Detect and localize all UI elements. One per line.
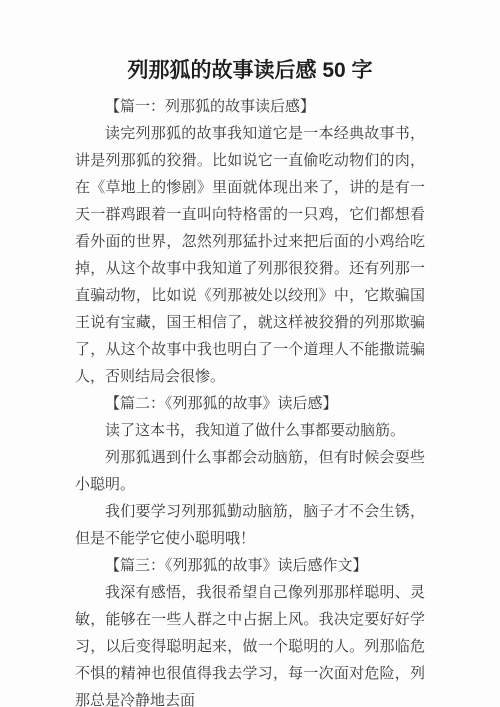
section-1-paragraph-1: 读完列那狐的故事我知道它是一本经典故事书，讲是列那狐的狡猾。比如说它一直偷吃动物… [75,121,425,391]
document-title: 列那狐的故事读后感 50 字 [75,57,425,85]
section-2-heading: 【篇二：《列那狐的故事》读后感】 [75,391,425,418]
document-page: 列那狐的故事读后感 50 字 【篇一：列那狐的故事读后感】 读完列那狐的故事我知… [0,0,500,707]
section-2-paragraph-3: 我们要学习列那狐勤动脑筋，脑子才不会生锈，但是不能学它使小聪明哦！ [75,499,425,553]
section-2-paragraph-2: 列那狐遇到什么事都会动脑筋，但有时候会耍些小聪明。 [75,445,425,499]
document-body: 【篇一：列那狐的故事读后感】 读完列那狐的故事我知道它是一本经典故事书，讲是列那… [75,94,425,707]
section-3-paragraph-1: 我深有感悟，我很希望自己像列那那样聪明、灵敏，能够在一些人群之中占据上风。我决定… [75,580,425,707]
section-2-paragraph-1: 读了这本书，我知道了做什么事都要动脑筋。 [75,418,425,445]
section-3-heading: 【篇三：《列那狐的故事》读后感作文】 [75,553,425,580]
section-1-heading: 【篇一：列那狐的故事读后感】 [75,94,425,121]
